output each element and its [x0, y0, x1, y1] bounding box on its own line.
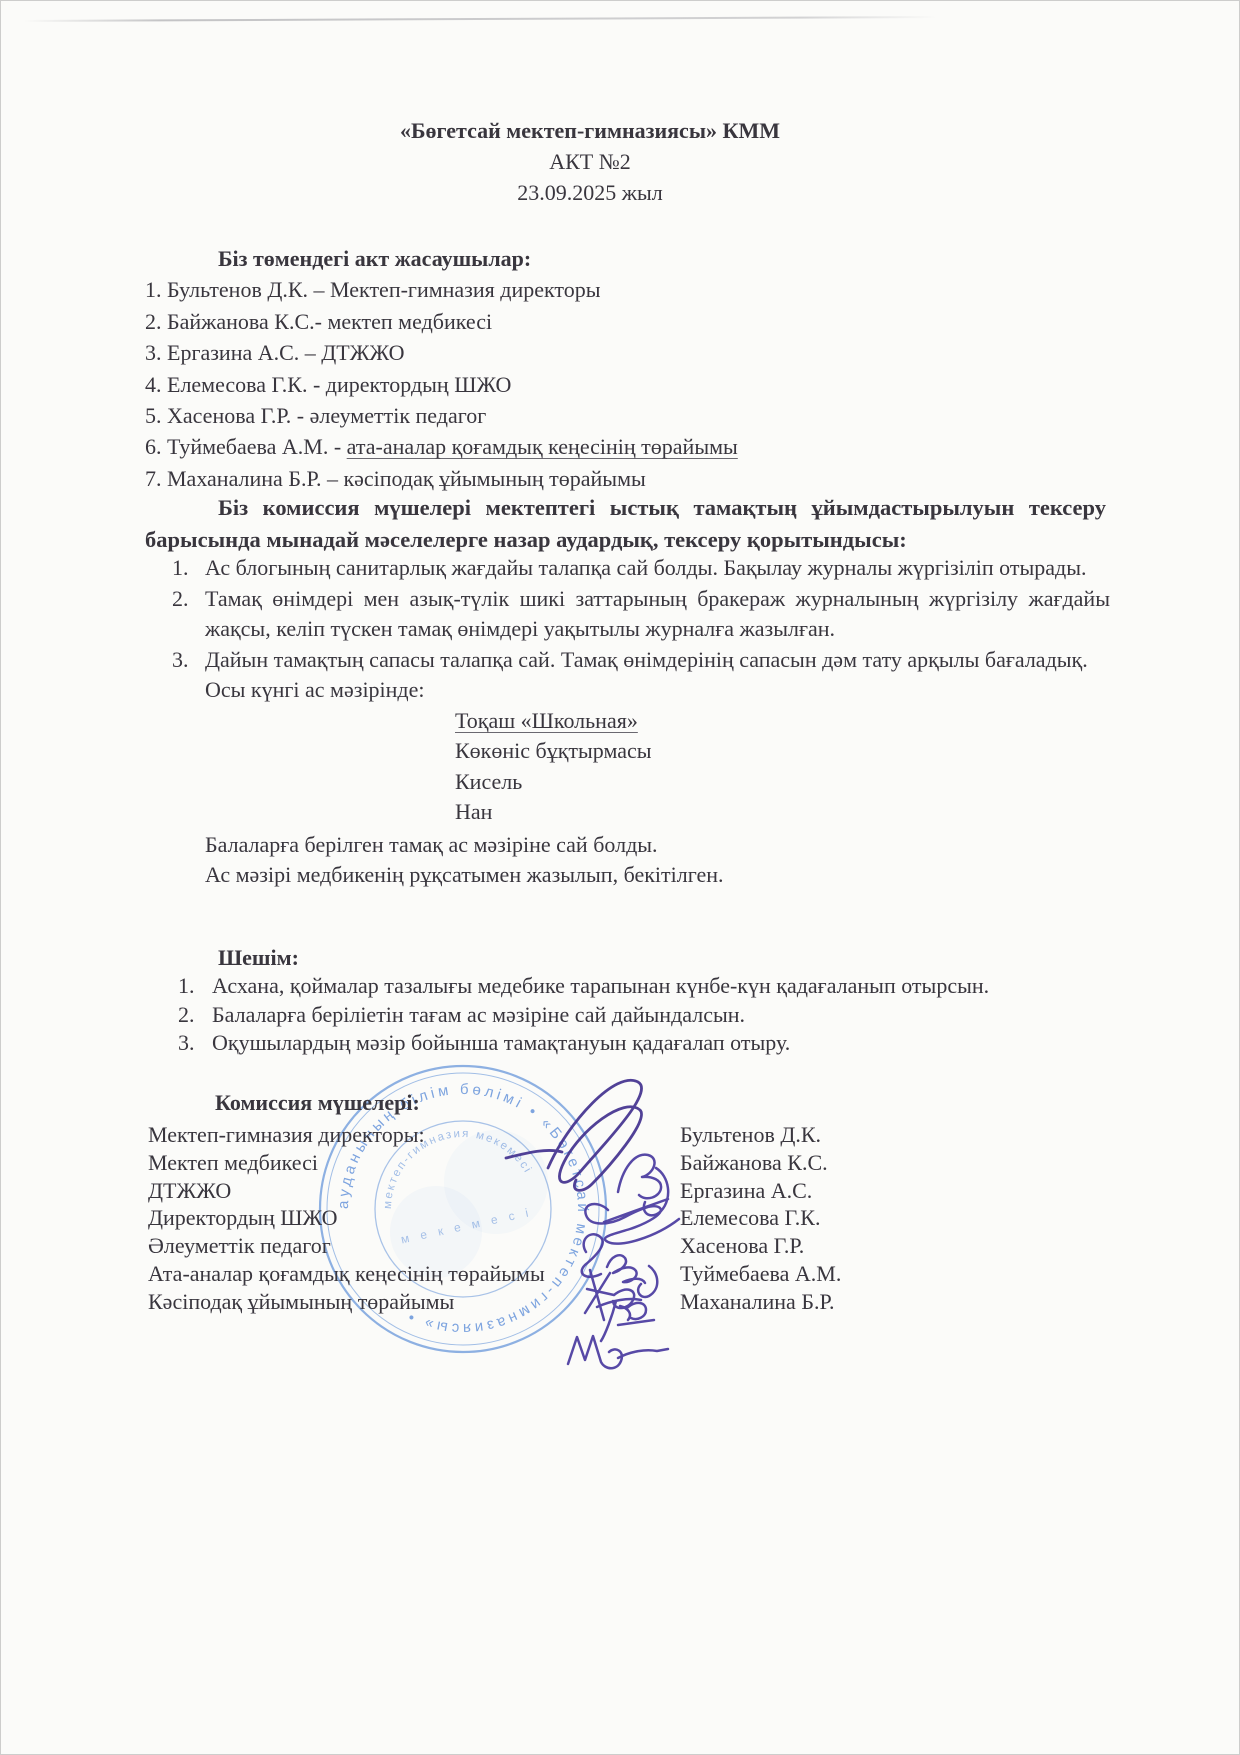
act-number: АКТ №2 [145, 146, 1035, 177]
signatory-role: Директордың ШЖО [148, 1204, 693, 1232]
menu-list: Тоқаш «Школьная» Көкөніс бұқтырмасы Кисе… [455, 706, 652, 828]
menu-note: Ас мәзірі медбикенің рұқсатымен жазылып,… [205, 860, 724, 890]
signatory-rows: Мектеп-гимназия директоры: Мектеп медбик… [145, 1121, 1155, 1331]
finding-item: Тамақ өнімдері мен азық-түлік шикі затта… [145, 584, 1110, 645]
maker-item: 7. Маханалина Б.Р. – кәсіподақ ұйымының … [145, 463, 1130, 494]
menu-notes: Балаларға берілген тамақ ас мәзіріне сай… [205, 830, 724, 890]
signatory-name: Бультенов Д.К. [680, 1121, 841, 1149]
makers-heading: Біз төмендегі акт жасаушылар: [218, 243, 1130, 274]
signatory-name: Маханалина Б.Р. [680, 1288, 841, 1316]
signatory-name: Туймебаева А.М. [680, 1260, 841, 1288]
decision-list: Асхана, қоймалар тазалығы медебике тарап… [145, 972, 1110, 1057]
intro-paragraph: Біз комиссия мүшелері мектептегі ыстық т… [145, 492, 1106, 556]
decision-item: Асхана, қоймалар тазалығы медебике тарап… [145, 972, 1110, 1000]
finding-item: Дайын тамақтың сапасы талапқа сай. Тамақ… [145, 645, 1110, 676]
act-makers-section: Біз төмендегі акт жасаушылар: 1. Бультен… [145, 243, 1130, 494]
act-date: 23.09.2025 жыл [145, 177, 1035, 208]
signatory-name: Байжанова К.С. [680, 1149, 841, 1177]
menu-item: Көкөніс бұқтырмасы [455, 736, 652, 766]
commission-section: Комиссия мүшелері: Мектеп-гимназия дирек… [145, 1088, 1155, 1331]
decision-heading: Шешім: [218, 944, 1110, 972]
maker-item: 4. Елемесова Г.К. - директордың ШЖО [145, 369, 1130, 400]
signatory-role: Әлеуметтік педагог [148, 1232, 693, 1260]
signatory-role: ДТЖЖО [148, 1177, 693, 1205]
scan-edge-line [24, 16, 936, 22]
decision-item: Оқушылардың мәзір бойынша тамақтануын қа… [145, 1029, 1110, 1057]
findings-section: Ас блогының санитарлық жағдайы талапқа с… [145, 553, 1110, 706]
finding-item: Ас блогының санитарлық жағдайы талапқа с… [145, 553, 1110, 584]
menu-intro: Осы күнгі ас мәзірінде: [205, 675, 1110, 706]
maker-item: 6. Туймебаева А.М. - ата-аналар қоғамдық… [145, 431, 1130, 462]
decision-section: Шешім: Асхана, қоймалар тазалығы медебик… [145, 944, 1110, 1058]
maker-item: 1. Бультенов Д.К. – Мектеп-гимназия дире… [145, 274, 1130, 305]
signatory-role: Мектеп-гимназия директоры: [148, 1121, 693, 1149]
maker-item: 2. Байжанова К.С.- мектеп медбикесі [145, 306, 1130, 337]
menu-item: Нан [455, 797, 652, 827]
signatory-name: Елемесова Г.К. [680, 1204, 841, 1232]
findings-list: Ас блогының санитарлық жағдайы талапқа с… [145, 553, 1110, 675]
signatory-name: Ергазина А.С. [680, 1177, 841, 1205]
menu-item: Кисель [455, 767, 652, 797]
menu-item: Тоқаш «Школьная» [455, 706, 652, 736]
signatory-roles-column: Мектеп-гимназия директоры: Мектеп медбик… [148, 1121, 693, 1316]
decision-item: Балаларға беріліетін тағам ас мәзіріне с… [145, 1001, 1110, 1029]
maker-item: 3. Ергазина А.С. – ДТЖЖО [145, 337, 1130, 368]
document-page: «Бөгетсай мектеп-гимназиясы» КММ АКТ №2 … [0, 0, 1240, 1755]
signatory-role: Мектеп медбикесі [148, 1149, 693, 1177]
signatory-role: Ата-аналар қоғамдық кеңесінің төрайымы [148, 1260, 693, 1288]
signatory-names-column: Бультенов Д.К. Байжанова К.С. Ергазина А… [680, 1121, 841, 1316]
maker-item-prefix: 6. Туймебаева А.М. - [145, 434, 347, 459]
doc-title: «Бөгетсай мектеп-гимназиясы» КММ [145, 115, 1035, 146]
signatory-role: Кәсіподақ ұйымының төрайымы [148, 1288, 693, 1316]
commission-heading: Комиссия мүшелері: [215, 1088, 1155, 1118]
menu-note: Балаларға берілген тамақ ас мәзіріне сай… [205, 830, 724, 860]
maker-item-underlined: ата-аналар қоғамдық кеңесінің төрайымы [347, 434, 738, 459]
signatory-name: Хасенова Г.Р. [680, 1232, 841, 1260]
maker-item: 5. Хасенова Г.Р. - әлеуметтік педагог [145, 400, 1130, 431]
document-header: «Бөгетсай мектеп-гимназиясы» КММ АКТ №2 … [145, 115, 1035, 208]
